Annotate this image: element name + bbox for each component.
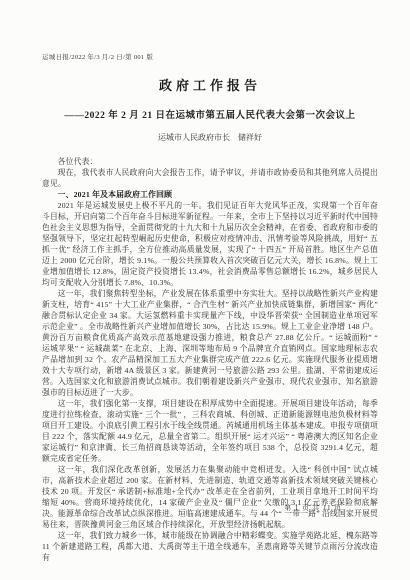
salutation: 各位代表： [42, 156, 378, 167]
body-paragraph: 这一年，我们深化改革创新，发展活力在集聚动能中竞相迸发。入选“ 科创中国” 试点… [42, 464, 378, 530]
document-page: 运城日报/2022 年/3 月/2 日/第 001 版 政府工作报告 ——202… [0, 0, 410, 580]
body-paragraph: 这一年，我们强化第一支撑，项目建设在积厚成势中全面提速。开展项目建设年活动，每季… [42, 398, 378, 464]
body-paragraph: 2021 年是运城发展史上极不平凡的一年。我们见证百年大党风华正茂，实现第一个百… [42, 200, 378, 288]
speaker-line: 运城市人民政府市长 储祥好 [42, 132, 378, 143]
body-paragraph: 这一年，我们致力城乡一体，城市能级在协调融合中精彩蝶变。实施学苑路北延、槐东路等… [42, 530, 378, 563]
document-subtitle: ——2022 年 2 月 21 日在运城市第五届人民代表大会第一次会议上 [42, 107, 378, 121]
intro-paragraph: 现在，我代表市人民政府向大会报告工作，请予审议，并请市政协委员和其他列席人员提出… [42, 167, 378, 189]
masthead: 运城日报/2022 年/3 月/2 日/第 001 版 [42, 52, 378, 61]
body-paragraph: 这一年，我们聚焦转型坐标，产业发展在体系重塑中夯实壮大。坚持以战略性新兴产业构建… [42, 288, 378, 398]
document-title: 政府工作报告 [42, 75, 378, 94]
section-heading: 一、2021 年及本届政府工作回顾 [42, 189, 378, 200]
page-number: 第 1 页 共 11 页 [284, 502, 342, 512]
